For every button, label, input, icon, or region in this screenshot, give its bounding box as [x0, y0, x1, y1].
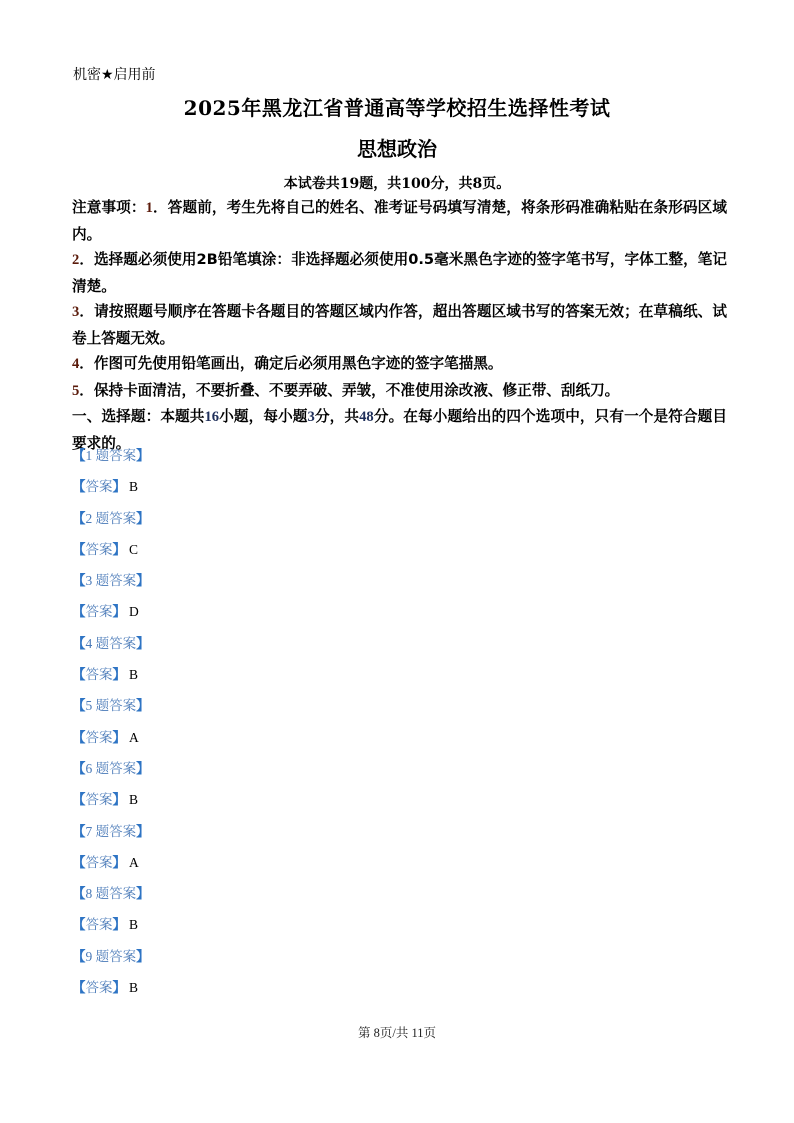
bracket-open: 【 [72, 542, 86, 557]
question-count: 16 [204, 409, 219, 425]
bracket-open: 【 [72, 604, 86, 619]
bracket-close: 】 [136, 511, 150, 526]
answer-row: 【答案】A [72, 852, 472, 883]
question-label: 6 题答案 [86, 761, 137, 776]
answer-value: D [129, 604, 139, 619]
bracket-open: 【 [72, 511, 86, 526]
note-2: 2．选择题必须使用2B铅笔填涂：非选择题必须使用0.5毫米黑色字迹的签字笔书写，… [72, 247, 727, 299]
bracket-close: 】 [136, 698, 150, 713]
answer-row: 【答案】B [72, 664, 472, 695]
section-text: 一、选择题：本题共 [72, 408, 204, 425]
answer-row: 【答案】B [72, 914, 472, 945]
bracket-open: 【 [72, 573, 86, 588]
answer-value: B [129, 917, 138, 932]
bracket-open: 【 [72, 636, 86, 651]
bracket-open: 【 [72, 917, 86, 932]
answer-label: 答案 [86, 730, 113, 745]
question-answer-header: 【7 题答案】 [72, 821, 472, 852]
question-answer-header: 【2 题答案】 [72, 508, 472, 539]
bracket-open: 【 [72, 667, 86, 682]
bracket-open: 【 [72, 730, 86, 745]
answer-label: 答案 [86, 542, 113, 557]
answer-row: 【答案】C [72, 539, 472, 570]
bracket-open: 【 [72, 855, 86, 870]
answer-value: A [129, 730, 139, 745]
bracket-close: 】 [136, 886, 150, 901]
bracket-close: 】 [113, 604, 127, 619]
answer-row: 【答案】D [72, 601, 472, 632]
answer-label: 答案 [86, 917, 113, 932]
exam-title: 2025年黑龙江省普通高等学校招生选择性考试 [0, 92, 794, 121]
question-answer-header: 【5 题答案】 [72, 695, 472, 726]
bracket-close: 】 [136, 761, 150, 776]
question-label: 3 题答案 [86, 573, 137, 588]
answer-value: B [129, 479, 138, 494]
question-answer-header: 【1 题答案】 [72, 445, 472, 476]
bracket-close: 】 [113, 917, 127, 932]
question-label: 8 题答案 [86, 886, 137, 901]
answer-row: 【答案】B [72, 789, 472, 820]
answer-row: 【答案】B [72, 476, 472, 507]
bracket-open: 【 [72, 824, 86, 839]
note-text: ．作图可先使用铅笔画出，确定后必须用黑色字迹的签字笔描黑。 [79, 355, 502, 372]
question-answer-header: 【4 题答案】 [72, 633, 472, 664]
bracket-open: 【 [72, 479, 86, 494]
question-label: 1 题答案 [86, 448, 137, 463]
bracket-close: 】 [136, 824, 150, 839]
question-label: 2 题答案 [86, 511, 137, 526]
note-1: 注意事项：1．答题前，考生先将自己的姓名、准考证号码填写清楚，将条形码准确粘贴在… [72, 195, 727, 247]
question-answer-header: 【6 题答案】 [72, 758, 472, 789]
confidential-label: 机密★启用前 [73, 64, 156, 84]
note-number: 1 [146, 200, 153, 216]
page-footer: 第 8页/共 11页 [0, 1023, 794, 1041]
bracket-close: 】 [136, 636, 150, 651]
answer-value: B [129, 980, 138, 995]
bracket-close: 】 [136, 573, 150, 588]
question-answer-header: 【9 题答案】 [72, 946, 472, 977]
question-label: 4 题答案 [86, 636, 137, 651]
answer-label: 答案 [86, 667, 113, 682]
bracket-close: 】 [113, 479, 127, 494]
bracket-open: 【 [72, 761, 86, 776]
bracket-open: 【 [72, 792, 86, 807]
bracket-close: 】 [136, 949, 150, 964]
answer-label: 答案 [86, 792, 113, 807]
question-label: 5 题答案 [86, 698, 137, 713]
bracket-open: 【 [72, 949, 86, 964]
note-text: ．答题前，考生先将自己的姓名、准考证号码填写清楚，将条形码准确粘贴在条形码区域内… [72, 199, 727, 243]
notes-heading: 注意事项： [72, 199, 146, 216]
points-each: 3 [308, 409, 315, 425]
answer-row: 【答案】B [72, 977, 472, 1008]
bracket-close: 】 [113, 542, 127, 557]
answer-label: 答案 [86, 604, 113, 619]
total-points: 48 [359, 409, 374, 425]
bracket-close: 】 [113, 855, 127, 870]
bracket-close: 】 [113, 730, 127, 745]
question-label: 7 题答案 [86, 824, 137, 839]
bracket-close: 】 [136, 448, 150, 463]
bracket-close: 】 [113, 792, 127, 807]
bracket-open: 【 [72, 886, 86, 901]
answer-value: B [129, 792, 138, 807]
note-text: ．保持卡面清洁，不要折叠、不要弄破、弄皱，不准使用涂改液、修正带、刮纸刀。 [79, 382, 619, 399]
bracket-open: 【 [72, 698, 86, 713]
exam-page: 机密★启用前 2025年黑龙江省普通高等学校招生选择性考试 思想政治 本试卷共1… [0, 0, 794, 1123]
bracket-close: 】 [113, 667, 127, 682]
note-text: ．请按照题号顺序在答题卡各题目的答题区域内作答，超出答题区域书写的答案无效；在草… [72, 303, 727, 347]
answer-label: 答案 [86, 479, 113, 494]
exam-info: 本试卷共19题，共100分，共8页。 [0, 173, 794, 193]
note-5: 5．保持卡面清洁，不要折叠、不要弄破、弄皱，不准使用涂改液、修正带、刮纸刀。 [72, 378, 727, 405]
question-answer-header: 【8 题答案】 [72, 883, 472, 914]
answer-value: C [129, 542, 138, 557]
answer-label: 答案 [86, 980, 113, 995]
subject-title: 思想政治 [0, 133, 794, 162]
answer-row: 【答案】A [72, 727, 472, 758]
notes-section: 注意事项：1．答题前，考生先将自己的姓名、准考证号码填写清楚，将条形码准确粘贴在… [72, 195, 727, 456]
note-3: 3．请按照题号顺序在答题卡各题目的答题区域内作答，超出答题区域书写的答案无效；在… [72, 299, 727, 351]
answer-label: 答案 [86, 855, 113, 870]
note-4: 4．作图可先使用铅笔画出，确定后必须用黑色字迹的签字笔描黑。 [72, 351, 727, 378]
bracket-close: 】 [113, 980, 127, 995]
question-label: 9 题答案 [86, 949, 137, 964]
note-text: ．选择题必须使用2B铅笔填涂：非选择题必须使用0.5毫米黑色字迹的签字笔书写，字… [72, 251, 727, 295]
bracket-open: 【 [72, 448, 86, 463]
answer-value: B [129, 667, 138, 682]
question-answer-header: 【3 题答案】 [72, 570, 472, 601]
bracket-open: 【 [72, 980, 86, 995]
section-text: 分，共 [315, 408, 359, 425]
section-text: 小题，每小题 [219, 408, 307, 425]
answer-value: A [129, 855, 139, 870]
answers-list: 【1 题答案】【答案】B【2 题答案】【答案】C【3 题答案】【答案】D【4 题… [72, 445, 472, 1008]
